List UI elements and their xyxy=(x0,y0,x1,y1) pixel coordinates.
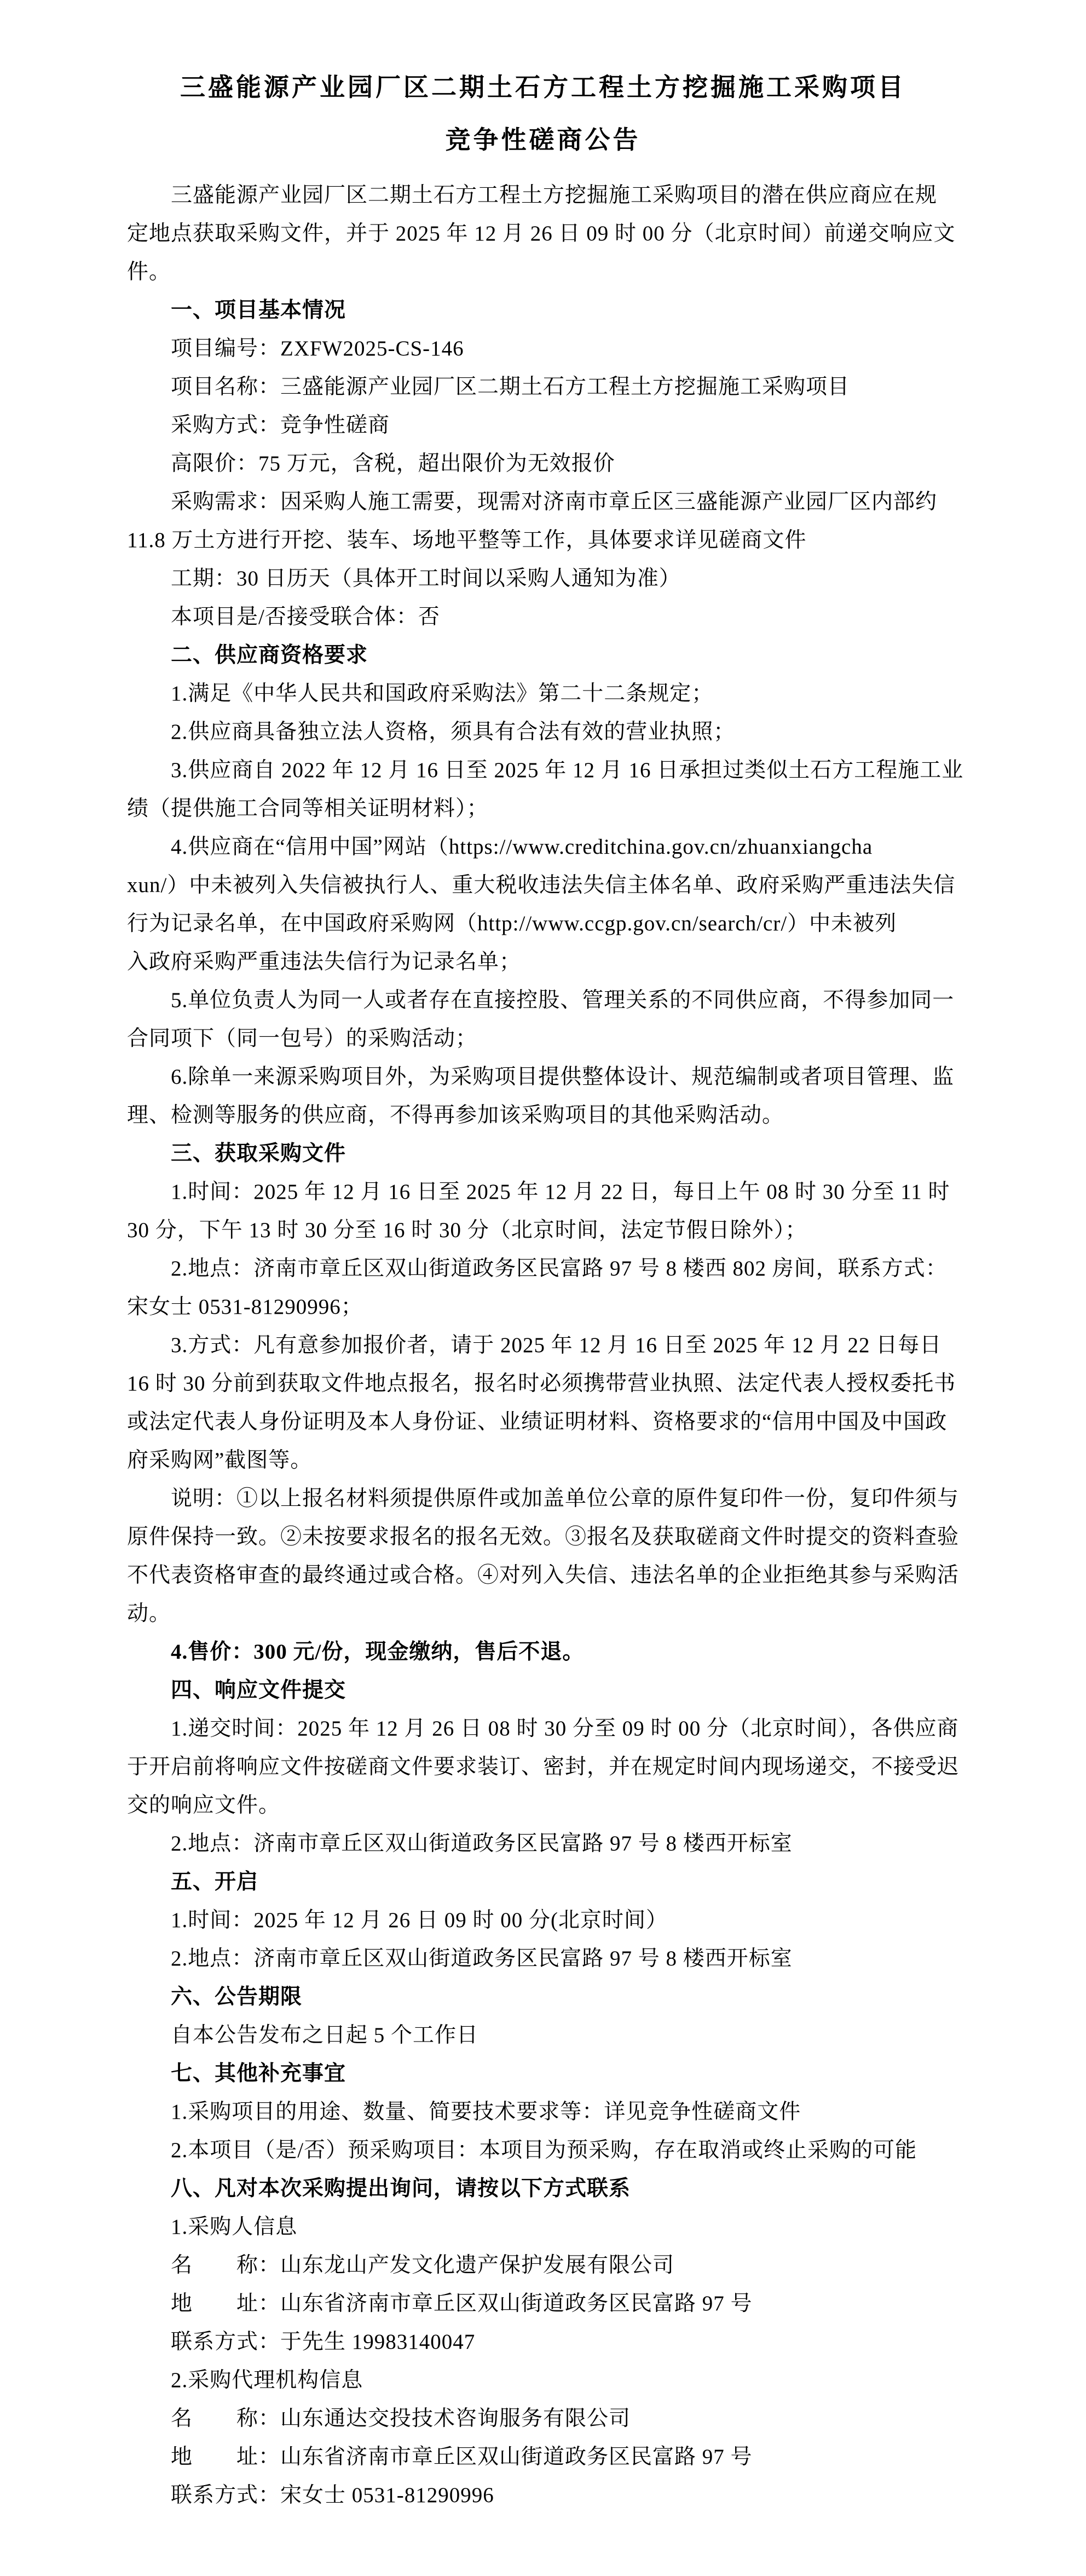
text-line: 1.递交时间：2025 年 12 月 26 日 08 时 30 分至 09 时 … xyxy=(127,1710,959,1748)
text-line: 于开启前将响应文件按磋商文件要求装订、密封，并在规定时间内现场递交，不接受迟 xyxy=(127,1748,959,1786)
text-line: 二、供应商资格要求 xyxy=(127,636,959,675)
text-line: 6.除单一来源采购项目外，为采购项目提供整体设计、规范编制或者项目管理、监 xyxy=(127,1058,959,1096)
text-line: 名 称：山东龙山产发文化遗产保护发展有限公司 xyxy=(127,2246,959,2285)
text-line: 宋女士 0531-81290996； xyxy=(127,1288,959,1326)
text-line: 动。 xyxy=(127,1595,959,1633)
text-line: 地 址：山东省济南市章丘区双山街道政务区民富路 97 号 xyxy=(127,2438,959,2476)
text-line: 联系方式：于先生 19983140047 xyxy=(127,2323,959,2361)
document-title-line1: 三盛能源产业园厂区二期土石方工程土方挖掘施工采购项目 xyxy=(127,61,959,114)
text-line: 采购方式：竞争性磋商 xyxy=(127,406,959,445)
text-line: 16 时 30 分前到获取文件地点报名，报名时必须携带营业执照、法定代表人授权委… xyxy=(127,1365,959,1403)
text-line: 行为记录名单，在中国政府采购网（http://www.ccgp.gov.cn/s… xyxy=(127,905,959,943)
text-line: 30 分，下午 13 时 30 分至 16 时 30 分（北京时间，法定节假日除… xyxy=(127,1211,959,1250)
text-line: 入政府采购严重违法失信行为记录名单； xyxy=(127,943,959,981)
text-line: 六、公告期限 xyxy=(127,1978,959,2016)
text-line: 名 称：山东通达交投技术咨询服务有限公司 xyxy=(127,2400,959,2438)
text-line: 2.地点：济南市章丘区双山街道政务区民富路 97 号 8 楼西 802 房间，联… xyxy=(127,1250,959,1288)
text-line: 2.地点：济南市章丘区双山街道政务区民富路 97 号 8 楼西开标室 xyxy=(127,1825,959,1863)
text-line: 本项目是/否接受联合体：否 xyxy=(127,598,959,636)
text-line: 合同项下（同一包号）的采购活动； xyxy=(127,1020,959,1058)
text-line: 四、响应文件提交 xyxy=(127,1671,959,1710)
text-line: 1.采购项目的用途、数量、简要技术要求等：详见竞争性磋商文件 xyxy=(127,2093,959,2131)
text-line: 3.方式：凡有意参加报价者，请于 2025 年 12 月 16 日至 2025 … xyxy=(127,1326,959,1365)
text-line: 说明：①以上报名材料须提供原件或加盖单位公章的原件复印件一份，复印件须与 xyxy=(127,1480,959,1518)
text-line: xun/）中未被列入失信被执行人、重大税收违法失信主体名单、政府采购严重违法失信 xyxy=(127,866,959,905)
text-line: 一、项目基本情况 xyxy=(127,291,959,330)
text-line: 高限价：75 万元，含税，超出限价为无效报价 xyxy=(127,445,959,483)
text-line: 自本公告发布之日起 5 个工作日 xyxy=(127,2016,959,2055)
text-line: 五、开启 xyxy=(127,1863,959,1901)
text-line: 定地点获取采购文件，并于 2025 年 12 月 26 日 09 时 00 分（… xyxy=(127,215,959,253)
document-title-line2: 竞争性磋商公告 xyxy=(127,114,959,166)
text-line: 4.售价：300 元/份，现金缴纳，售后不退。 xyxy=(127,1633,959,1671)
text-line: 八、凡对本次采购提出询问，请按以下方式联系 xyxy=(127,2170,959,2208)
text-line: 不代表资格审查的最终通过或合格。④对列入失信、违法名单的企业拒绝其参与采购活 xyxy=(127,1556,959,1595)
text-line: 5.单位负责人为同一人或者存在直接控股、管理关系的不同供应商，不得参加同一 xyxy=(127,981,959,1020)
text-line: 理、检测等服务的供应商，不得再参加该采购项目的其他采购活动。 xyxy=(127,1096,959,1135)
text-line: 或法定代表人身份证明及本人身份证、业绩证明材料、资格要求的“信用中国及中国政 xyxy=(127,1403,959,1441)
text-line: 工期：30 日历天（具体开工时间以采购人通知为准） xyxy=(127,560,959,598)
text-line: 项目编号：ZXFW2025-CS-146 xyxy=(127,330,959,368)
text-line: 联系方式：宋女士 0531-81290996 xyxy=(127,2476,959,2515)
text-line: 1.时间：2025 年 12 月 26 日 09 时 00 分(北京时间） xyxy=(127,1901,959,1940)
text-line: 1.满足《中华人民共和国政府采购法》第二十二条规定； xyxy=(127,675,959,713)
text-line: 七、其他补充事宜 xyxy=(127,2055,959,2093)
text-line: 绩（提供施工合同等相关证明材料）； xyxy=(127,790,959,828)
text-line: 3.供应商自 2022 年 12 月 16 日至 2025 年 12 月 16 … xyxy=(127,751,959,790)
text-line: 1.时间：2025 年 12 月 16 日至 2025 年 12 月 22 日，… xyxy=(127,1173,959,1211)
text-line: 2.本项目（是/否）预采购项目：本项目为预采购，存在取消或终止采购的可能 xyxy=(127,2131,959,2170)
text-line: 交的响应文件。 xyxy=(127,1786,959,1825)
text-line: 地 址：山东省济南市章丘区双山街道政务区民富路 97 号 xyxy=(127,2285,959,2323)
text-line: 原件保持一致。②未按要求报名的报名无效。③报名及获取磋商文件时提交的资料查验 xyxy=(127,1518,959,1556)
text-line: 2.地点：济南市章丘区双山街道政务区民富路 97 号 8 楼西开标室 xyxy=(127,1940,959,1978)
text-line: 府采购网”截图等。 xyxy=(127,1441,959,1480)
text-line: 三、获取采购文件 xyxy=(127,1135,959,1173)
text-line: 11.8 万土方进行开挖、装车、场地平整等工作，具体要求详见磋商文件 xyxy=(127,521,959,560)
text-line: 三盛能源产业园厂区二期土石方工程土方挖掘施工采购项目的潜在供应商应在规 xyxy=(127,176,959,215)
text-line: 项目名称：三盛能源产业园厂区二期土石方工程土方挖掘施工采购项目 xyxy=(127,368,959,406)
text-line: 1.采购人信息 xyxy=(127,2208,959,2246)
text-line: 件。 xyxy=(127,253,959,291)
document-page: 三盛能源产业园厂区二期土石方工程土方挖掘施工采购项目 竞争性磋商公告 三盛能源产… xyxy=(0,0,1086,2576)
text-line: 4.供应商在“信用中国”网站（https://www.creditchina.g… xyxy=(127,828,959,866)
text-line: 2.供应商具备独立法人资格，须具有合法有效的营业执照； xyxy=(127,713,959,751)
document-body: 三盛能源产业园厂区二期土石方工程土方挖掘施工采购项目的潜在供应商应在规定地点获取… xyxy=(127,176,959,2515)
text-line: 采购需求：因采购人施工需要，现需对济南市章丘区三盛能源产业园厂区内部约 xyxy=(127,483,959,521)
text-line: 2.采购代理机构信息 xyxy=(127,2361,959,2400)
